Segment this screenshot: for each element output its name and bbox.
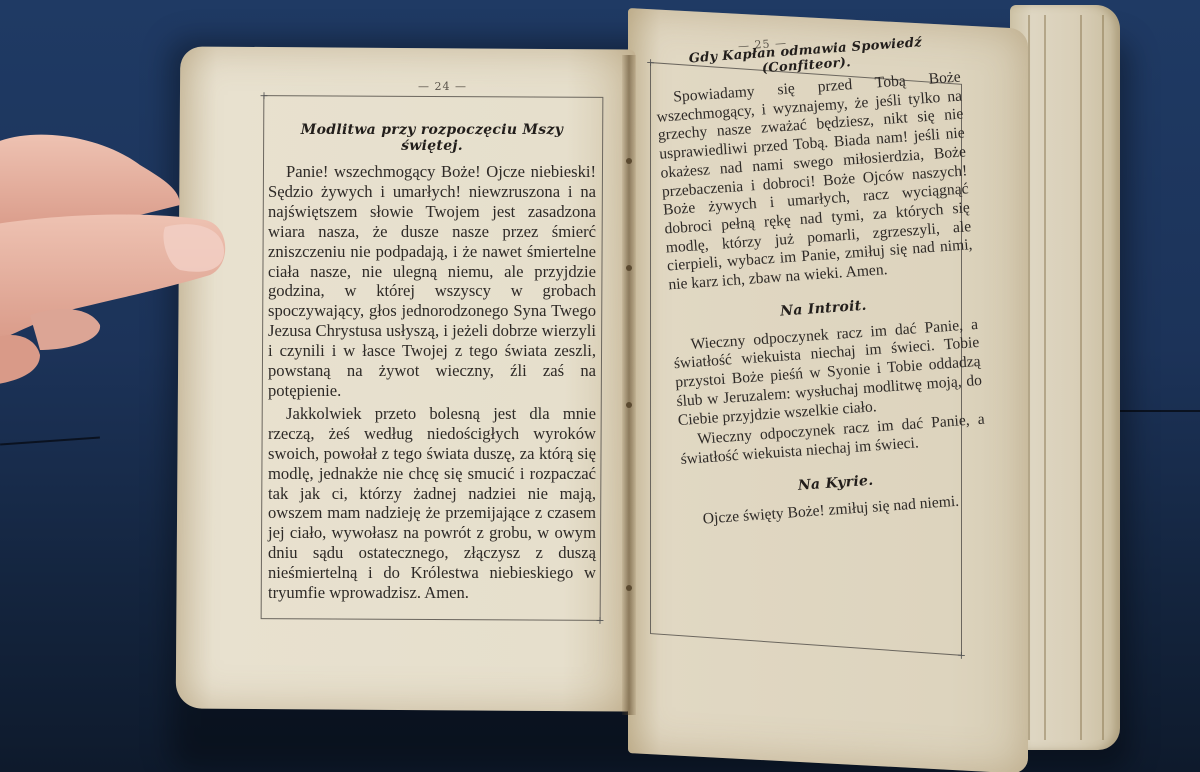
- binding-stitch: [626, 402, 632, 408]
- wood-crack: [0, 437, 100, 446]
- binding-stitch: [626, 265, 632, 271]
- book-gutter: [622, 55, 636, 715]
- prayer-paragraph: Jakkolwiek przeto bolesną jest dla mnie …: [268, 404, 596, 603]
- introit-paragraph: Wieczny odpoczynek racz im dać Panie, a …: [672, 316, 984, 431]
- binding-stitch: [626, 585, 632, 591]
- confiteor-paragraph: Spowiadamy się przed Tobą Boże wszechmog…: [655, 69, 975, 296]
- prayer-paragraph: Panie! wszechmogący Boże! Ojcze niebiesk…: [268, 162, 596, 401]
- page-number-left: — 24 —: [418, 80, 467, 93]
- prayer-heading: Modlitwa przy rozpoczęciu Mszy świętej.: [268, 122, 596, 154]
- right-page-text: Gdy Kapłan odmawia Spowiedź (Confiteor).…: [652, 29, 991, 533]
- left-page-text: Modlitwa przy rozpoczęciu Mszy świętej. …: [268, 122, 596, 606]
- hand-holding-book: [0, 125, 240, 385]
- binding-stitch: [626, 158, 632, 164]
